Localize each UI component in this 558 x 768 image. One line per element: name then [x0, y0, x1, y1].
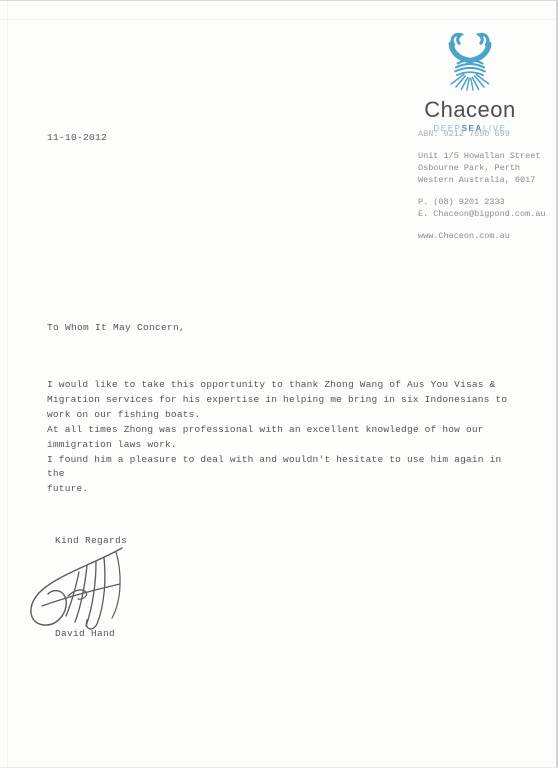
abn-line: ABN: 9212 7690 699	[418, 128, 556, 140]
website-line: www.Chaceon.com.au	[418, 230, 556, 242]
company-logo-block: Chaceon DEEPSEALIVE	[408, 29, 532, 133]
body-line: work on our fishing boats.	[47, 408, 522, 423]
phone-line: P. (08) 9201 2333	[418, 196, 556, 208]
body-line: Migration services for his expertise in …	[47, 393, 522, 408]
scan-artifact-edge	[7, 1, 8, 767]
scan-artifact-line	[0, 19, 558, 20]
address-line: Western Australia, 6017	[418, 174, 556, 186]
scanned-letter-page: Chaceon DEEPSEALIVE ABN: 9212 7690 699 U…	[0, 0, 558, 767]
body-line: immigration laws work.	[47, 438, 522, 453]
email-line: E. Chaceon@bigpond.com.au	[418, 208, 556, 220]
address-line: Osbourne Park, Perth	[418, 162, 556, 174]
body-line: I would like to take this opportunity to…	[47, 378, 522, 393]
salutation: To Whom It May Concern,	[47, 322, 185, 333]
body-line: I found him a pleasure to deal with and …	[47, 453, 522, 483]
brand-name: Chaceon	[408, 97, 532, 123]
body-line: At all times Zhong was professional with…	[47, 423, 522, 438]
signer-name: David Hand	[55, 628, 115, 639]
contact-block: ABN: 9212 7690 699 Unit 1/5 Howallan Str…	[418, 128, 556, 242]
crab-icon	[431, 29, 509, 95]
letter-date: 11-10-2012	[47, 132, 107, 143]
handwritten-signature	[24, 542, 144, 634]
body-line: future.	[47, 482, 522, 497]
address-line: Unit 1/5 Howallan Street	[418, 150, 556, 162]
address-block: Unit 1/5 Howallan Street Osbourne Park, …	[418, 150, 556, 186]
phone-email-block: P. (08) 9201 2333 E. Chaceon@bigpond.com…	[418, 196, 556, 220]
letter-body: I would like to take this opportunity to…	[47, 378, 522, 497]
